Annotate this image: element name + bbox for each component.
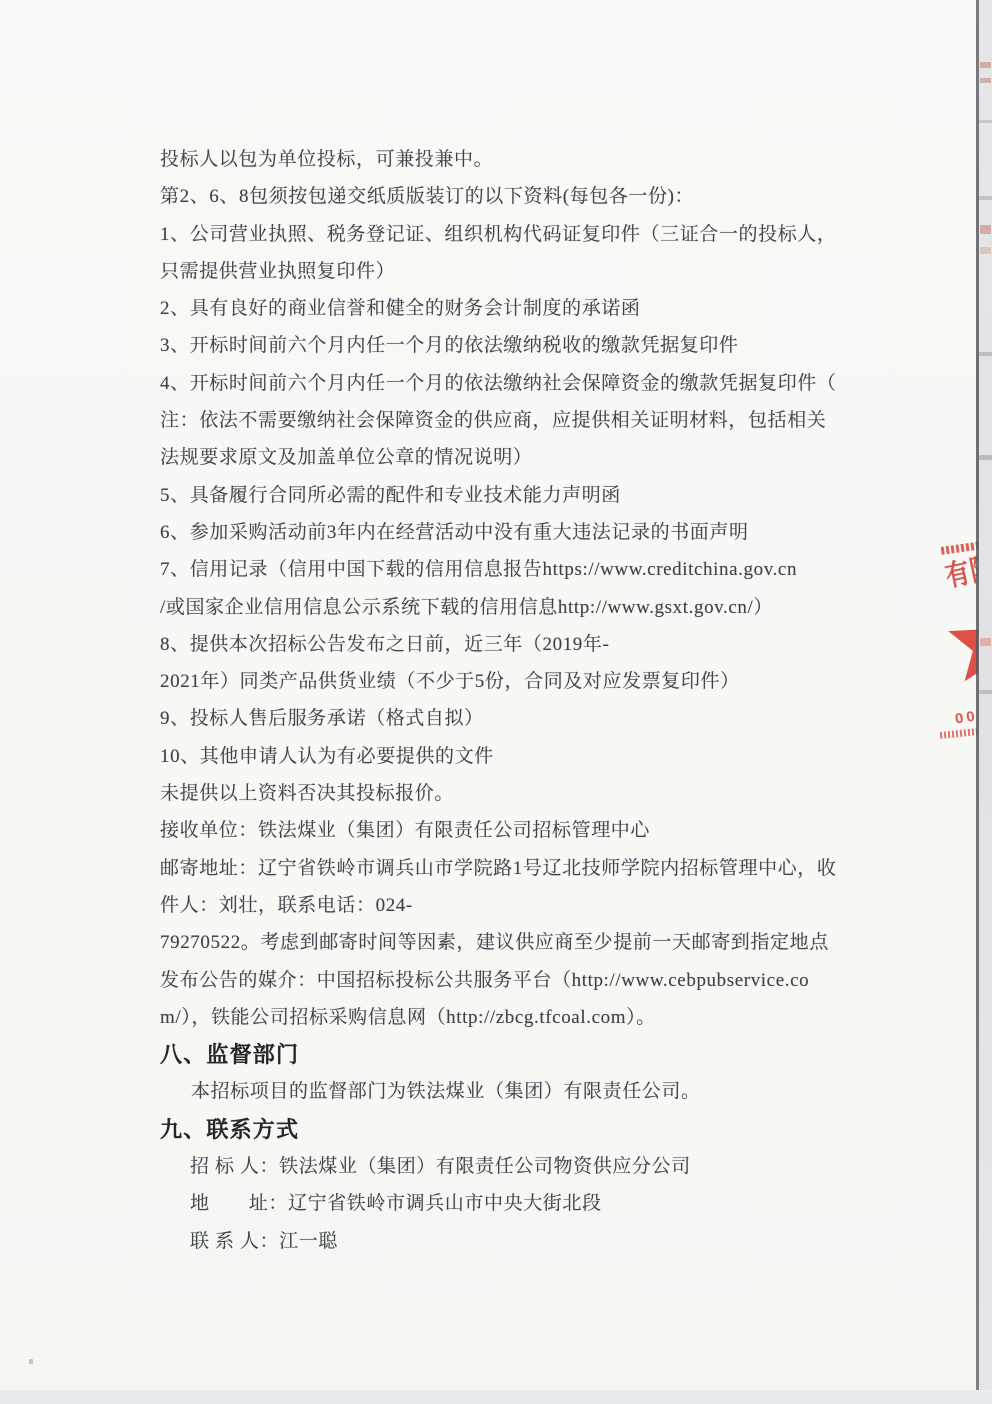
doc-line: 5、具备履行合同所必需的配件和专业技术能力声明函: [160, 477, 860, 514]
edge-fleck: [980, 247, 991, 254]
seal-star-icon: [936, 599, 978, 694]
edge-fleck: [980, 62, 991, 68]
doc-line: 接收单位：铁法煤业（集团）有限责任公司招标管理中心: [160, 812, 860, 849]
doc-line: 8、提供本次招标公告发布之日前，近三年（2019年-: [160, 626, 860, 663]
doc-line: 法规要求原文及加盖单位公章的情况说明）: [160, 439, 860, 476]
section-heading-contact: 九、联系方式: [160, 1111, 860, 1148]
doc-line: 9、投标人售后服务承诺（格式自拟）: [160, 700, 860, 737]
doc-line: 只需提供营业执照复印件）: [160, 253, 860, 290]
edge-fleck: [980, 78, 991, 83]
doc-line: 本招标项目的监督部门为铁法煤业（集团）有限责任公司。: [160, 1073, 860, 1110]
edge-fleck: [979, 196, 992, 200]
doc-line: 1、公司营业执照、税务登记证、组织机构代码证复印件（三证合一的投标人，: [160, 216, 860, 253]
doc-line: 10、其他申请人认为有必要提供的文件: [160, 738, 860, 775]
doc-line: 6、参加采购活动前3年内在经营活动中没有重大违法记录的书面声明: [160, 514, 860, 551]
doc-line: 注：依法不需要缴纳社会保障资金的供应商，应提供相关证明材料，包括相关: [160, 402, 860, 439]
doc-line: 未提供以上资料否决其投标报价。: [160, 775, 860, 812]
adjacent-page-strip: [979, 0, 992, 1392]
scanned-document-page: 投标人以包为单位投标，可兼投兼中。 第2、6、8包须按包递交纸质版装订的以下资料…: [0, 0, 992, 1404]
edge-fleck: [979, 352, 992, 356]
doc-line: 件人：刘壮，联系电话：024-: [160, 887, 860, 924]
doc-line: 4、开标时间前六个月内任一个月的依法缴纳社会保障资金的缴款凭据复印件（: [160, 365, 860, 402]
edge-fleck: [979, 690, 992, 694]
doc-line-with-url: 7、信用记录（信用中国下载的信用信息报告https://www.creditch…: [160, 551, 860, 588]
contact-address-line: 地 址：辽宁省铁岭市调兵山市中央大街北段: [160, 1185, 860, 1222]
doc-line: 2、具有良好的商业信誉和健全的财务会计制度的承诺函: [160, 290, 860, 327]
edge-fleck: [980, 638, 991, 646]
scanner-bottom-band: [0, 1390, 992, 1404]
doc-line: 第2、6、8包须按包递交纸质版装订的以下资料(每包各一份)：: [160, 178, 860, 215]
edge-fleck: [979, 455, 992, 460]
doc-line: 投标人以包为单位投标，可兼投兼中。: [160, 141, 860, 178]
doc-line-with-url: 发布公告的媒介：中国招标投标公共服务平台（http://www.cebpubse…: [160, 962, 860, 999]
section-heading-supervision: 八、监督部门: [160, 1036, 860, 1073]
doc-line: 2021年）同类产品供货业绩（不少于5份，合同及对应发票复印件）: [160, 663, 860, 700]
contact-person-line: 联 系 人：江一聪: [160, 1223, 860, 1260]
contact-tenderer-line: 招 标 人：铁法煤业（集团）有限责任公司物资供应分公司: [160, 1148, 860, 1185]
doc-line-with-url: /或国家企业信用信息公示系统下载的信用信息http://www.gsxt.gov…: [160, 589, 860, 626]
seal-tiny-digits-marks: [940, 728, 978, 739]
red-seal-stamp: 有限 00: [936, 541, 978, 751]
doc-line: 3、开标时间前六个月内任一个月的依法缴纳税收的缴款凭据复印件: [160, 327, 860, 364]
scan-speck: [29, 1359, 33, 1364]
doc-line: 79270522。考虑到邮寄时间等因素，建议供应商至少提前一天邮寄到指定地点: [160, 924, 860, 961]
seal-serial-number: 00: [954, 707, 978, 727]
document-text-block: 投标人以包为单位投标，可兼投兼中。 第2、6、8包须按包递交纸质版装订的以下资料…: [160, 141, 860, 1260]
edge-fleck: [980, 225, 991, 234]
edge-fleck: [979, 120, 992, 123]
doc-line-with-url: m/），铁能公司招标采购信息网（http://zbcg.tfcoal.com）。: [160, 999, 860, 1036]
doc-line: 邮寄地址：辽宁省铁岭市调兵山市学院路1号辽北技师学院内招标管理中心，收: [160, 850, 860, 887]
